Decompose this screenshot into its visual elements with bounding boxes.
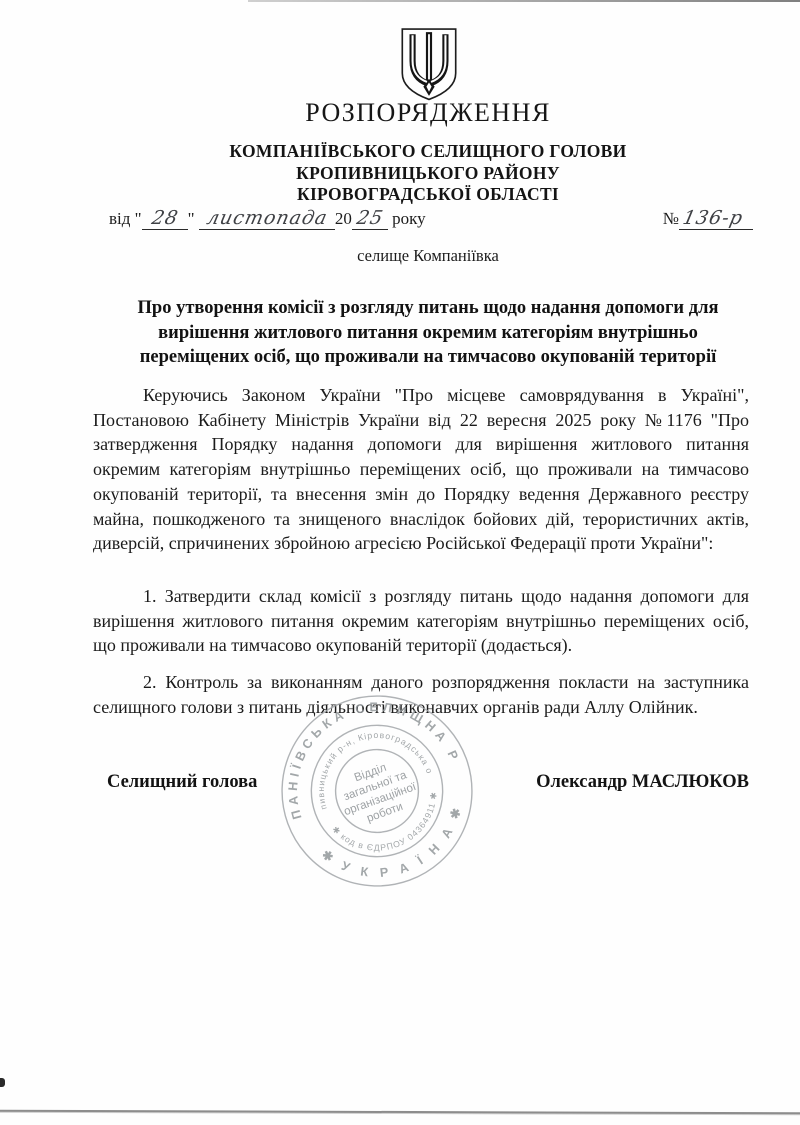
year-blank: 25 (352, 209, 388, 230)
number-sign: № (663, 209, 679, 228)
issuer-line-1: КОМПАНІЇВСЬКОГО СЕЛИЩНОГО ГОЛОВИ (93, 141, 763, 163)
scanned-decree-page: РОЗПОРЯДЖЕННЯ КОМПАНІЇВСЬКОГО СЕЛИЩНОГО … (0, 0, 800, 1125)
month-blank: листопада (199, 209, 335, 230)
date-prefix: від (109, 209, 130, 228)
scan-artifact-left-mark (0, 1078, 5, 1087)
signature-row: Селищний голова Олександр МАСЛЮКОВ (93, 772, 749, 793)
quote-close: " (188, 209, 195, 228)
ukraine-trident-emblem-icon (398, 26, 460, 102)
quote-open: " (135, 209, 142, 228)
handwritten-number: 136-р (681, 209, 745, 228)
scan-artifact-top-line (248, 0, 800, 2)
date-suffix: року (392, 209, 426, 228)
signatory-position: Селищний голова (93, 772, 257, 793)
handwritten-month: листопада (205, 209, 329, 228)
preamble-paragraph: Керуючись Законом України "Про місцеве с… (93, 383, 749, 556)
scan-artifact-bottom-line (0, 1110, 800, 1115)
date-and-number-row: від "28" листопада2025 року №136-р (93, 209, 755, 230)
date-line: від "28" листопада2025 року (93, 209, 426, 230)
place-line: селище Компаніївка (93, 246, 763, 266)
signatory-name: Олександр МАСЛЮКОВ (536, 772, 749, 793)
decree-subject-heading: Про утворення комісії з розгляду питань … (105, 296, 751, 370)
day-blank: 28 (142, 209, 188, 230)
handwritten-year: 25 (355, 209, 385, 228)
number-blank: 136-р (679, 209, 753, 230)
handwritten-day: 28 (149, 209, 179, 228)
document-type-title: РОЗПОРЯДЖЕННЯ (93, 98, 763, 128)
year-century: 20 (335, 209, 352, 228)
document-number: №136-р (663, 209, 755, 230)
decree-item-1: 1. Затвердити склад комісії з розгляду п… (93, 584, 749, 658)
issuer-line-3: КІРОВОГРАДСЬКОЇ ОБЛАСТІ (93, 184, 763, 206)
issuer-line-2: КРОПИВНИЦЬКОГО РАЙОНУ (93, 163, 763, 185)
issuer-block: КОМПАНІЇВСЬКОГО СЕЛИЩНОГО ГОЛОВИ КРОПИВН… (93, 141, 763, 206)
